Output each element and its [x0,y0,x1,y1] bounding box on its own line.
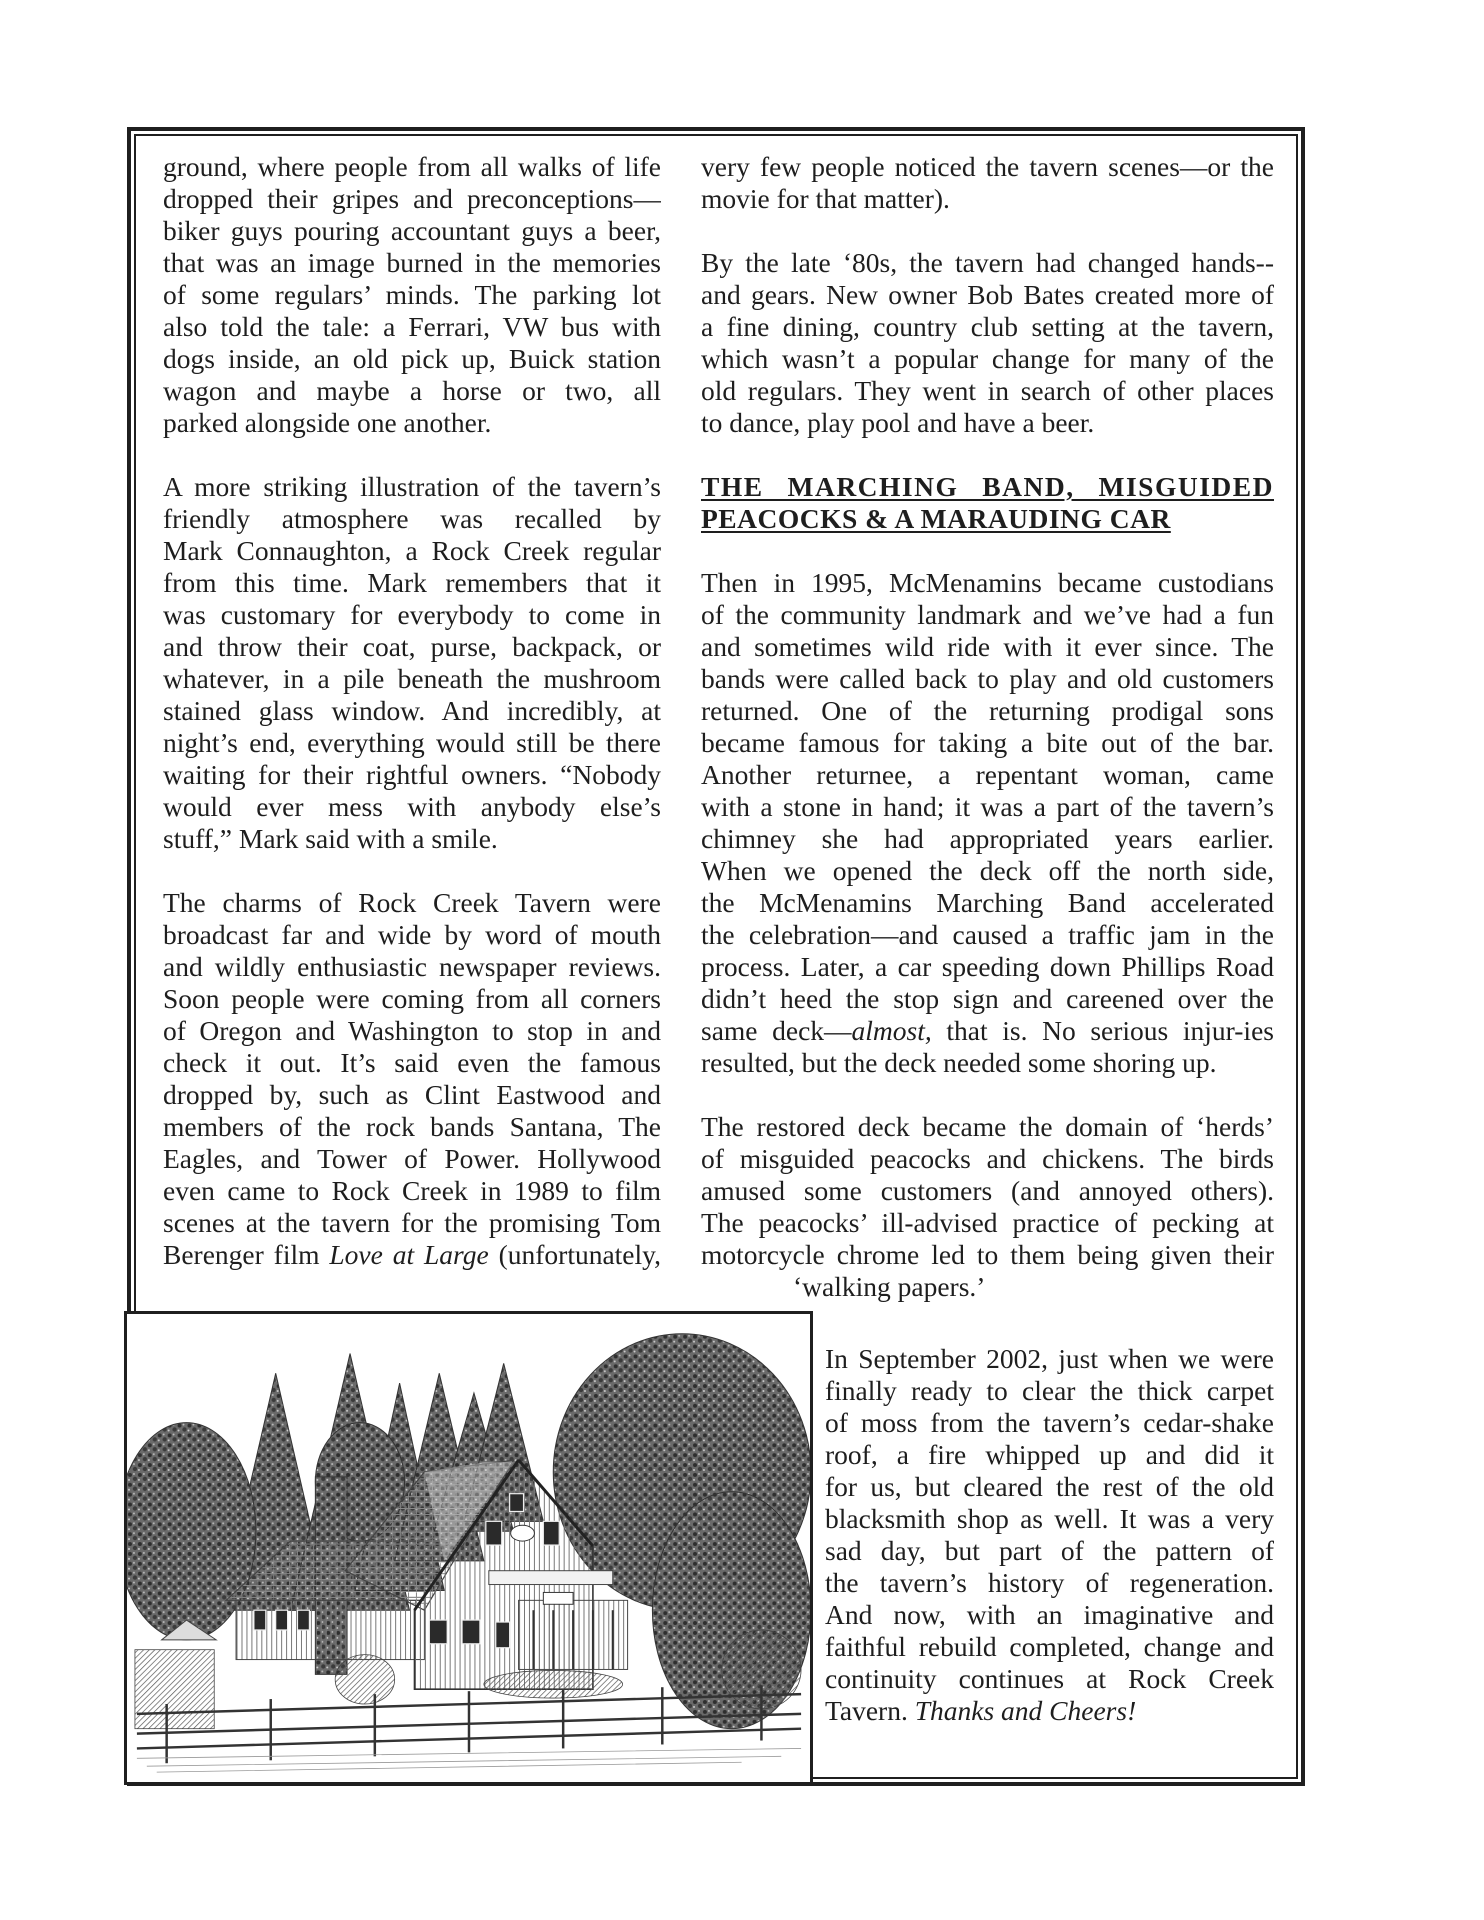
text-line: the celebration—and caused a traffic jam… [701,919,1274,951]
text-line: roof, a fire whipped up and did it [825,1439,1274,1471]
tavern-illustration [124,1311,813,1785]
text-line: old regulars. They went in search of oth… [701,375,1274,407]
text-line: and gears. New owner Bob Bates created m… [701,279,1274,311]
text-line: By the late ‘80s, the tavern had changed… [701,247,1274,279]
text-line: Soon people were coming from all corners [163,983,661,1015]
text-line: of misguided peacocks and chickens. The … [701,1143,1274,1175]
text-line: waiting for their rightful owners. “Nobo… [163,759,661,791]
text-line: A more striking illustration of the tave… [163,471,661,503]
text-line: which wasn’t a popular change for many o… [701,343,1274,375]
text-line: of the community landmark and we’ve had … [701,599,1274,631]
text-line-with-italic: Berenger film Love at Large (unfortunate… [163,1239,661,1271]
text-line: and wildly enthusiastic newspaper review… [163,951,661,983]
text-line: that was an image burned in the memories [163,247,661,279]
section-heading-line-1: THE MARCHING BAND, MISGUIDED [701,471,1274,503]
text-line: would ever mess with anybody else’s [163,791,661,823]
text-line: blacksmith shop as well. It was a very [825,1503,1274,1535]
text-line: even came to Rock Creek in 1989 to film [163,1175,661,1207]
text-line: and throw their coat, purse, backpack, o… [163,631,661,663]
text-line [701,1079,1274,1111]
text-line: also told the tale: a Ferrari, VW bus wi… [163,311,661,343]
text-line: of some regulars’ minds. The parking lot [163,279,661,311]
text-line: When we opened the deck off the north si… [701,855,1274,887]
walking-papers-line: ‘walking papers.’ [793,1271,985,1303]
text-line: was customary for everybody to come in [163,599,661,631]
text-line: for us, but cleared the rest of the old [825,1471,1274,1503]
text-line [701,215,1274,247]
text-line: faithful rebuild completed, change and [825,1631,1274,1663]
text-line: amused some customers (and annoyed other… [701,1175,1274,1207]
text-line: with a stone in hand; it was a part of t… [701,791,1274,823]
text-run: Tavern. [825,1695,915,1726]
text-line: The charms of Rock Creek Tavern were [163,887,661,919]
text-run: (unfortunately, [489,1239,661,1270]
text-line: whatever, in a pile beneath the mushroom [163,663,661,695]
text-line: dropped their gripes and preconceptions— [163,183,661,215]
section-heading-line-2: PEACOCKS & A MARAUDING CAR [701,503,1171,535]
text-line-with-italic: same deck—almost, that is. No serious in… [701,1015,1274,1047]
text-line: ground, where people from all walks of l… [163,151,661,183]
text-line: resulted, but the deck needed some shori… [701,1047,1274,1079]
text-line: The peacocks’ ill-advised practice of pe… [701,1207,1274,1239]
text-line: returned. One of the returning prodigal … [701,695,1274,727]
text-line: In September 2002, just when we were [825,1343,1274,1375]
text-line: The restored deck became the domain of ‘… [701,1111,1274,1143]
text-line: very few people noticed the tavern scene… [701,151,1274,183]
text-line: movie for that matter). [701,183,1274,215]
text-line [163,439,661,471]
text-line: process. Later, a car speeding down Phil… [701,951,1274,983]
text-line: broadcast far and wide by word of mouth [163,919,661,951]
text-line: scenes at the tavern for the promising T… [163,1207,661,1239]
text-line: Another returnee, a repentant woman, cam… [701,759,1274,791]
text-line: sad day, but part of the pattern of [825,1535,1274,1567]
text-line: bands were called back to play and old c… [701,663,1274,695]
text-line: to dance, play pool and have a beer. [701,407,1274,439]
text-line [163,855,661,887]
text-line: biker guys pouring accountant guys a bee… [163,215,661,247]
italic-run: Thanks and Cheers! [915,1695,1137,1726]
text-line: And now, with an imaginative and [825,1599,1274,1631]
text-line: stuff,” Mark said with a smile. [163,823,661,855]
italic-run: almost, [852,1015,932,1046]
text-line: members of the rock bands Santana, The [163,1111,661,1143]
text-line: Eagles, and Tower of Power. Hollywood [163,1143,661,1175]
text-line-with-italic: Tavern. Thanks and Cheers! [825,1695,1274,1727]
text-line: from this time. Mark remembers that it [163,567,661,599]
text-line: a fine dining, country club setting at t… [701,311,1274,343]
text-line: became famous for taking a bite out of t… [701,727,1274,759]
text-run: Berenger film [163,1239,329,1270]
text-line: parked alongside one another. [163,407,661,439]
text-line: continuity continues at Rock Creek [825,1663,1274,1695]
text-line: the McMenamins Marching Band accelerated [701,887,1274,919]
text-line: didn’t heed the stop sign and careened o… [701,983,1274,1015]
text-line: dogs inside, an old pick up, Buick stati… [163,343,661,375]
text-line: stained glass window. And incredibly, at [163,695,661,727]
text-line: wagon and maybe a horse or two, all [163,375,661,407]
text-line: motorcycle chrome led to them being give… [701,1239,1274,1271]
text-run: same deck— [701,1015,852,1046]
italic-run: Love at Large [329,1239,488,1270]
house-illustration-icon [127,1314,810,1782]
text-line: dropped by, such as Clint Eastwood and [163,1079,661,1111]
text-line: finally ready to clear the thick carpet [825,1375,1274,1407]
text-line: Mark Connaughton, a Rock Creek regular [163,535,661,567]
text-line: night’s end, everything would still be t… [163,727,661,759]
text-line: of Oregon and Washington to stop in and [163,1015,661,1047]
text-line: the tavern’s history of regeneration. [825,1567,1274,1599]
text-line: chimney she had appropriated years earli… [701,823,1274,855]
text-line: and sometimes wild ride with it ever sin… [701,631,1274,663]
text-run: that is. No serious injur-ies [932,1015,1274,1046]
text-line: friendly atmosphere was recalled by [163,503,661,535]
text-line: of moss from the tavern’s cedar-shake [825,1407,1274,1439]
text-line: Then in 1995, McMenamins became custodia… [701,567,1274,599]
text-line: check it out. It’s said even the famous [163,1047,661,1079]
